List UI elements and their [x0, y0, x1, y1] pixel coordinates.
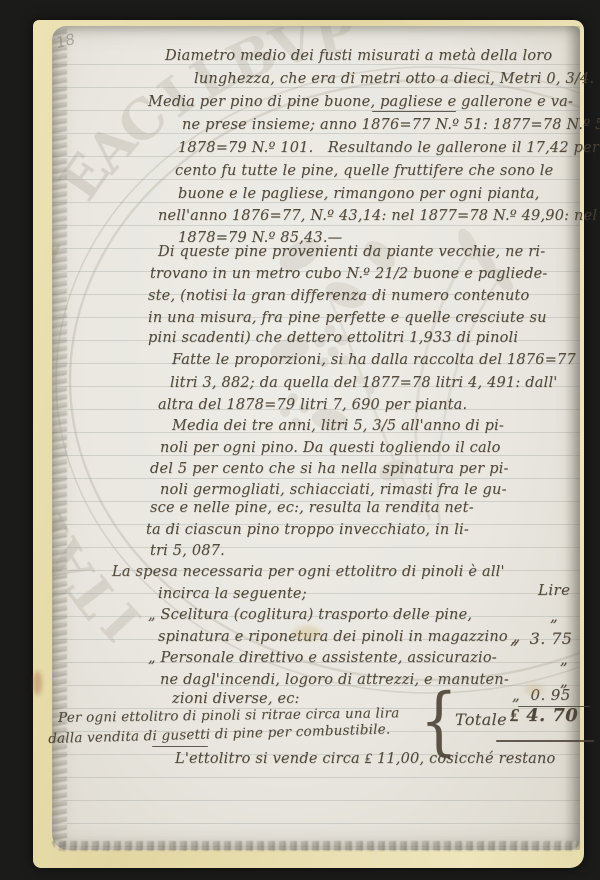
- manuscript-line: Media dei tre anni, litri 5, 3/5 all'ann…: [172, 418, 504, 434]
- manuscript-line: lunghezza, che era di metri otto a dieci…: [194, 71, 594, 87]
- total-amount: ₤ 4. 70: [510, 705, 578, 726]
- lire-column-header: Lire: [538, 581, 570, 599]
- manuscript-line: 1878=79 N.º 101. Resultando le gallerone…: [178, 140, 599, 156]
- ditto-mark: „: [560, 650, 568, 668]
- total-label: Totale: [455, 710, 507, 729]
- manuscript-line: La spesa necessaria per ogni ettolitro d…: [112, 564, 505, 580]
- manuscript-line: ta di ciascun pino troppo invecchiato, i…: [146, 522, 469, 538]
- ink-underline: [518, 706, 590, 707]
- manuscript-line: pini scadenti) che dettero ettolitri 1,9…: [148, 330, 518, 346]
- paper-stain: [33, 671, 42, 695]
- manuscript-line: L'ettolitro si vende circa ₤ 11,00, cosi…: [175, 751, 555, 768]
- manuscript-line: cento fu tutte le pine, quelle fruttifer…: [175, 163, 553, 179]
- manuscript-line: sce e nelle pine, ec:, resulta la rendit…: [150, 500, 474, 516]
- paper-stain: [293, 626, 321, 640]
- manuscript-line: noli germogliati, schiacciati, rimasti f…: [160, 482, 507, 498]
- manuscript-line: del 5 per cento che si ha nella spinatur…: [150, 461, 509, 477]
- manuscript-line: incirca la seguente;: [158, 586, 307, 602]
- manuscript-line: Di queste pine provenienti da piante vec…: [158, 244, 545, 260]
- manuscript-line: ste, (notisi la gran differenza di numer…: [148, 288, 529, 304]
- manuscript-line: spinatura e riponetura dei pinoli in mag…: [158, 629, 520, 645]
- ditto-mark: „: [550, 607, 558, 625]
- manuscript-line: noli per ogni pino. Da questi togliendo …: [160, 440, 501, 456]
- manuscript-line: „ Scelitura (coglitura) trasporto delle …: [148, 607, 472, 623]
- pencil-page-number: 18: [54, 30, 77, 52]
- manuscript-line: nell'anno 1876=77, N.º 43,14: nel 1877=7…: [158, 208, 597, 224]
- manuscript-line: Diametro medio dei fusti misurati a metà…: [165, 48, 552, 64]
- amount-3-75: „ 3. 75: [510, 629, 572, 648]
- manuscript-line: Media per pino di pine buone, pagliese e…: [148, 94, 573, 110]
- manuscript-line: in una misura, fra pine perfette e quell…: [148, 310, 547, 326]
- handwriting-layer: 18 Diametro medio dei fusti misurati a m…: [0, 0, 600, 880]
- manuscript-line: altra del 1878=79 litri 7, 690 per piant…: [158, 397, 467, 413]
- manuscript-line: tri 5, 087.: [150, 543, 225, 559]
- ink-underline: [372, 111, 456, 112]
- manuscript-line: „ Personale direttivo e assistente, assi…: [148, 650, 497, 666]
- manuscript-line: zioni diverse, ec:: [172, 691, 300, 707]
- manuscript-line: litri 3, 882; da quella del 1877=78 litr…: [170, 375, 557, 391]
- manuscript-line: ne prese insieme; anno 1876=77 N.º 51: 1…: [182, 117, 600, 133]
- paper-stain: [524, 684, 544, 695]
- manuscript-line: Fatte le proporzioni, si ha dalla raccol…: [172, 352, 576, 368]
- ink-underline: [152, 746, 208, 747]
- grouping-brace: {: [420, 684, 458, 758]
- manuscript-line: buone e le pagliese, rimangono per ogni …: [178, 186, 540, 202]
- manuscript-line: trovano in un metro cubo N.º 21/2 buone …: [150, 266, 547, 282]
- ink-underline: [496, 740, 594, 742]
